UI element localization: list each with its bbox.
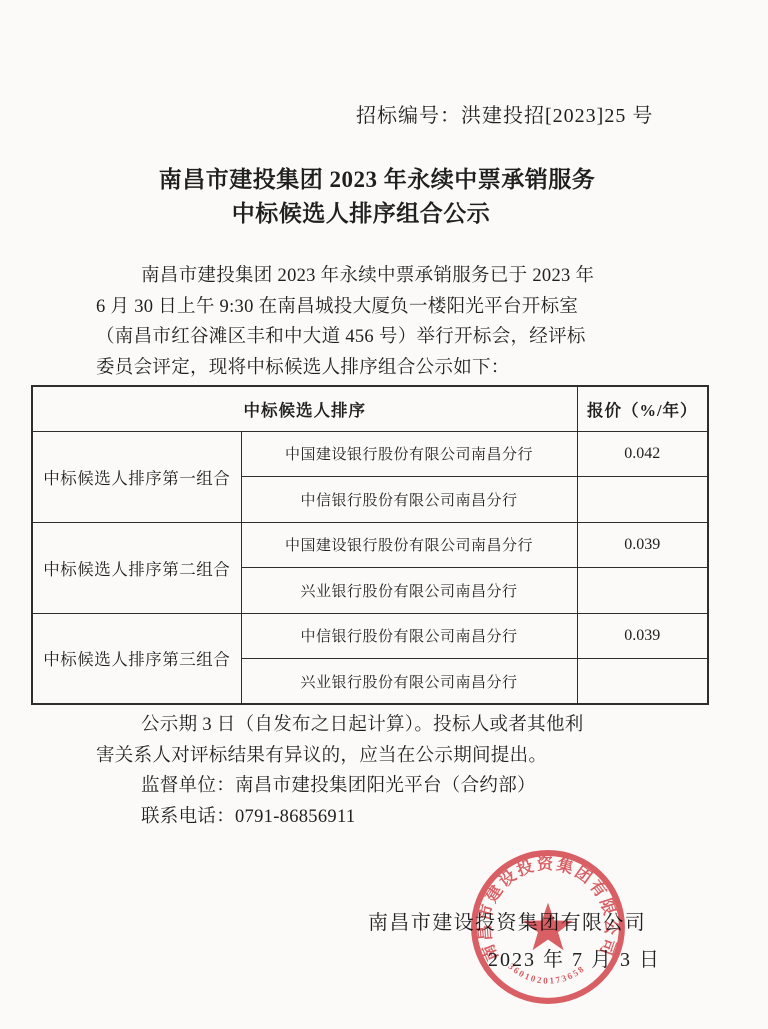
bank-price: 0.042 [577,431,708,477]
svg-text:3601020173658: 3601020173658 [506,961,587,986]
intro-line: 委员会评定，现将中标候选人排序组合公示如下： [96,353,696,384]
group-label: 中标候选人排序第一组合 [32,431,241,522]
seal-number-text: 3601020173658 [506,961,587,986]
closing-paragraph: 公示期 3 日（自发布之日起计算）。投标人或者其他利 害关系人对评标结果有异议的… [96,710,696,832]
bank-price [577,477,708,523]
header-ranking: 中标候选人排序 [32,386,577,431]
table-header-row: 中标候选人排序 报价（%/年） [32,386,708,431]
bank-name: 中信银行股份有限公司南昌分行 [241,477,577,523]
bank-name: 中国建设银行股份有限公司南昌分行 [241,431,577,477]
bank-price: 0.039 [577,613,708,659]
bank-name: 兴业银行股份有限公司南昌分行 [241,568,577,614]
group-label: 中标候选人排序第二组合 [32,522,241,613]
closing-line: 公示期 3 日（自发布之日起计算）。投标人或者其他利 [96,710,696,741]
group-label: 中标候选人排序第三组合 [32,613,241,704]
header-price: 报价（%/年） [577,386,708,431]
table-row: 中标候选人排序第一组合 中国建设银行股份有限公司南昌分行 0.042 [32,431,708,477]
page-title-line2: 中标候选人排序组合公示 [0,195,722,228]
bank-price [577,568,708,614]
bank-name: 兴业银行股份有限公司南昌分行 [241,659,577,705]
company-seal-icon: 南昌市建设投资集团有限公司 3601020173658 [467,846,629,1008]
page-title-line1: 南昌市建投集团 2023 年永续中票承销服务 [0,161,754,194]
tender-number: 招标编号：洪建投招[2023]25 号 [356,99,653,128]
table-row: 中标候选人排序第二组合 中国建设银行股份有限公司南昌分行 0.039 [32,522,708,568]
document-page: 招标编号：洪建投招[2023]25 号 南昌市建投集团 2023 年永续中票承销… [0,0,768,1029]
bank-name: 中信银行股份有限公司南昌分行 [241,613,577,659]
intro-line: 6 月 30 日上午 9:30 在南昌城投大厦负一楼阳光平台开标室 [96,292,696,323]
intro-line: 南昌市建投集团 2023 年永续中票承销服务已于 2023 年 [96,261,696,292]
phone-line: 联系电话：0791-86856911 [96,802,696,833]
intro-paragraph: 南昌市建投集团 2023 年永续中票承销服务已于 2023 年 6 月 30 日… [96,261,696,383]
star-icon [523,903,573,951]
table-row: 中标候选人排序第三组合 中信银行股份有限公司南昌分行 0.039 [32,613,708,659]
candidates-table: 中标候选人排序 报价（%/年） 中标候选人排序第一组合 中国建设银行股份有限公司… [31,385,709,705]
intro-line: （南昌市红谷滩区丰和中大道 456 号）举行开标会，经评标 [96,322,696,353]
supervisor-line: 监督单位：南昌市建投集团阳光平台（合约部） [96,771,696,802]
bank-price: 0.039 [577,522,708,568]
bank-price [577,659,708,705]
closing-line: 害关系人对评标结果有异议的，应当在公示期间提出。 [96,741,696,772]
bank-name: 中国建设银行股份有限公司南昌分行 [241,522,577,568]
